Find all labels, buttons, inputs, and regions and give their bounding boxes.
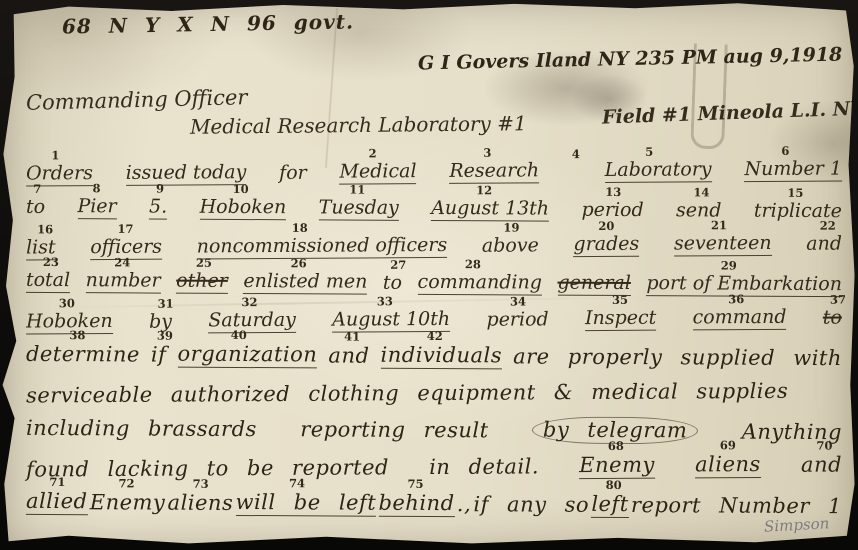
word: seventeen	[674, 232, 772, 257]
word: reporting result	[300, 417, 488, 443]
word-count-number: 32	[241, 295, 257, 309]
word-token: 13period	[581, 187, 643, 222]
word: to	[26, 196, 45, 219]
handwritten-line: 7to8Pier95.10Hoboken11Tuesday12August 13…	[26, 182, 842, 223]
word-token: 72Enemy	[90, 478, 166, 515]
word: command	[693, 306, 787, 331]
word-token: 20grades	[573, 221, 639, 257]
word: above	[482, 234, 539, 257]
word-token: 95.	[149, 184, 167, 220]
word-token: 36command	[692, 294, 786, 331]
word-token: 41and	[328, 331, 369, 368]
word-count-number: 35	[612, 293, 628, 307]
word-token: 42individuals	[380, 331, 502, 370]
word-token: 80left	[591, 480, 629, 518]
word-count-number: 37	[830, 292, 846, 306]
word-count-number: 42	[427, 329, 443, 343]
word-count-number: 19	[503, 220, 519, 234]
word-count-number: 41	[344, 330, 360, 344]
telegram-code-line: 68 N Y X N 96 govt.	[62, 9, 354, 38]
word: determine	[26, 342, 140, 368]
word-count-number: 1	[51, 148, 59, 162]
word-count-number: 14	[693, 185, 709, 199]
word-count-number: 4	[572, 147, 580, 161]
word-count-number: 9	[156, 182, 164, 196]
word-count-number: 13	[605, 185, 621, 199]
handwritten-line: 23total24number25other26enlisted men27to…	[26, 256, 842, 297]
word-token: 12August 13th	[431, 185, 549, 222]
word-token: 74will be left	[235, 478, 376, 517]
word: commanding	[418, 271, 542, 296]
handwritten-line: 71allied72Enemy73aliens74will be left75b…	[26, 478, 842, 519]
word-count-number: 6	[781, 144, 789, 158]
word-count-number: 12	[476, 183, 492, 197]
word-token: 26enlisted men	[243, 258, 367, 295]
word-token: 75behind	[378, 479, 454, 517]
field-destination-line: Field #1 Mineola L.I. NY.	[602, 97, 858, 128]
word: number	[86, 269, 161, 293]
word: Number 1	[744, 158, 842, 183]
word: for	[279, 162, 307, 185]
word-token: 3Research	[449, 147, 539, 184]
word-token: 70and	[801, 441, 842, 478]
word-count-number: 8	[92, 181, 100, 195]
word-count-number: 34	[510, 294, 526, 308]
word: 5.	[149, 196, 167, 220]
word: if any so	[473, 492, 589, 518]
word-token: 25other	[176, 258, 228, 294]
word-count-number: 36	[728, 292, 744, 306]
word: grades	[573, 233, 639, 257]
word-token: 29port of Embarkation	[646, 260, 842, 297]
word-count-number: 27	[390, 258, 406, 272]
word: noncommissioned officers	[197, 234, 448, 260]
word-count-number: 33	[377, 294, 393, 308]
word: behind	[378, 491, 454, 517]
word-count-number: 24	[114, 255, 130, 269]
word-count-number: 75	[407, 477, 423, 491]
word: period	[486, 308, 548, 331]
word-count-number: 29	[721, 259, 737, 273]
word-token: 38determine	[26, 330, 140, 368]
word: Medical	[339, 160, 416, 184]
word-token: 35Inspect	[585, 295, 656, 331]
word: Enemy	[90, 490, 166, 515]
word-token: 37to	[823, 295, 842, 330]
word-token: 19above	[482, 222, 539, 257]
word-count-number: 7	[33, 182, 41, 196]
word: in detail.	[429, 454, 539, 480]
word-count-number: 68	[608, 439, 624, 453]
word-count-number: 23	[43, 255, 59, 269]
handwritten-line: 16list17officers18noncommissioned office…	[26, 219, 842, 261]
word: individuals	[380, 343, 502, 370]
word-token: 14send	[676, 187, 722, 222]
word: Enemy	[579, 453, 655, 479]
word-count-number: 5	[645, 145, 653, 159]
signature: Simpson	[764, 514, 830, 535]
word: left	[591, 492, 628, 518]
unit-line: Medical Research Laboratory #1	[190, 111, 527, 139]
word-count-number: 10	[233, 182, 249, 196]
word-count-number: 39	[157, 329, 173, 343]
word-token: 23total	[26, 257, 70, 293]
word-token: 32Saturday	[208, 297, 296, 334]
word: to	[383, 272, 402, 295]
word-token: serviceable authorized clothing equipmen…	[26, 367, 788, 409]
word: will be left	[235, 490, 376, 517]
word-token: 18noncommissioned officers	[197, 222, 448, 260]
body-lines: 1Ordersissued todayfor2Medical3Research4…	[26, 147, 842, 517]
word-token: are properly supplied with	[513, 332, 842, 371]
word-count-number: 22	[820, 219, 836, 233]
handwritten-line: 38determine39if40organization41and42indi…	[26, 330, 842, 371]
word: aliens	[695, 452, 761, 478]
word-token: 5Laboratory	[605, 146, 712, 183]
word-token: 71allied	[26, 477, 88, 515]
word-count-number: 69	[720, 438, 736, 452]
word-token: 10Hoboken	[200, 184, 287, 220]
word-count-number: 30	[59, 296, 75, 310]
word-count-number: 38	[69, 328, 85, 342]
word: Pier	[77, 195, 116, 219]
word: total	[26, 269, 70, 293]
word-count-number: 3	[483, 146, 491, 160]
word-token: 11Tuesday	[319, 184, 399, 220]
word-count-number: 25	[196, 256, 212, 270]
word: aliens	[168, 491, 234, 516]
word-token: including brassards	[26, 404, 257, 442]
addressee-line: Commanding Officer	[26, 85, 248, 115]
document-paper: 68 N Y X N 96 govt. G I Govers Iland NY …	[0, 0, 858, 550]
word: allied	[26, 489, 88, 515]
word-count-number: 80	[606, 478, 622, 492]
word-token: report Number 1	[631, 481, 842, 519]
word-token: 21seventeen	[674, 220, 772, 257]
origin-dateline: G I Govers Iland NY 235 PM aug 9,1918	[418, 44, 843, 75]
handwritten-line: 1Ordersissued todayfor2Medical3Research4…	[26, 145, 842, 187]
word: enlisted men	[243, 270, 367, 295]
word: August 13th	[431, 197, 549, 222]
word: Laboratory	[605, 158, 712, 183]
word-token: 68Enemy	[579, 441, 655, 479]
word-token: 6Number 1	[744, 146, 842, 183]
word: to	[823, 307, 842, 330]
word-count-number: 73	[193, 477, 209, 491]
handwritten-line: found lacking to be reportedin detail.68…	[26, 441, 842, 483]
word: .,	[457, 492, 471, 517]
word: Tuesday	[319, 196, 399, 220]
word-token: 2Medical	[339, 148, 416, 184]
word-token: 33August 10th	[332, 296, 450, 333]
word-token: in detail.	[429, 442, 539, 480]
word: including brassards	[26, 416, 257, 442]
word-token: 28commanding	[418, 259, 543, 296]
word-token: if any so	[473, 480, 589, 518]
word-count-number: 17	[117, 222, 133, 236]
word-token: 39if	[151, 331, 167, 368]
word-count-number: 31	[158, 297, 174, 311]
word-count-number: 28	[465, 257, 481, 271]
word-count-number: 74	[289, 476, 305, 490]
word: organization	[177, 342, 317, 369]
word-token: for	[279, 150, 307, 185]
word-token: 22and	[806, 221, 842, 256]
word-count-number: 21	[711, 218, 727, 232]
photo-background: 68 N Y X N 96 govt. G I Govers Iland NY …	[0, 0, 858, 550]
word-token: 40organization	[177, 330, 317, 369]
handwritten-line: serviceable authorized clothing equipmen…	[26, 367, 842, 409]
word: other	[176, 270, 228, 294]
word: Hoboken	[200, 196, 287, 220]
word-count-number: 70	[816, 439, 832, 453]
word-token: 69aliens	[695, 440, 761, 478]
word-token: reporting result	[300, 405, 489, 443]
word: and	[806, 233, 842, 256]
word-count-number: 15	[787, 186, 803, 200]
word-token: 7to	[26, 184, 45, 219]
word-count-number: 11	[349, 183, 365, 197]
word-count-number: 20	[598, 219, 614, 233]
word: Inspect	[585, 307, 656, 331]
word: and	[328, 343, 369, 368]
word-token: 8Pier	[77, 183, 116, 219]
word-count-number: 72	[119, 476, 135, 490]
word-token: .,	[457, 480, 472, 517]
word-token: 34period	[486, 296, 548, 331]
word: Research	[449, 159, 539, 184]
word-token: 27to	[383, 260, 402, 295]
word-token: general	[557, 260, 631, 296]
word-count-number: 16	[37, 222, 53, 236]
word-token: 24number	[86, 257, 161, 293]
word-count-number: 2	[369, 146, 377, 160]
word-token: 73aliens	[168, 479, 234, 516]
word-token: issued today	[126, 149, 247, 186]
word: and	[801, 453, 842, 478]
word: if	[151, 343, 167, 368]
word-count-number: 26	[291, 256, 307, 270]
word-count-number: 40	[231, 328, 247, 342]
word-count-number: 18	[292, 221, 308, 235]
word-count-number: 71	[49, 475, 65, 489]
